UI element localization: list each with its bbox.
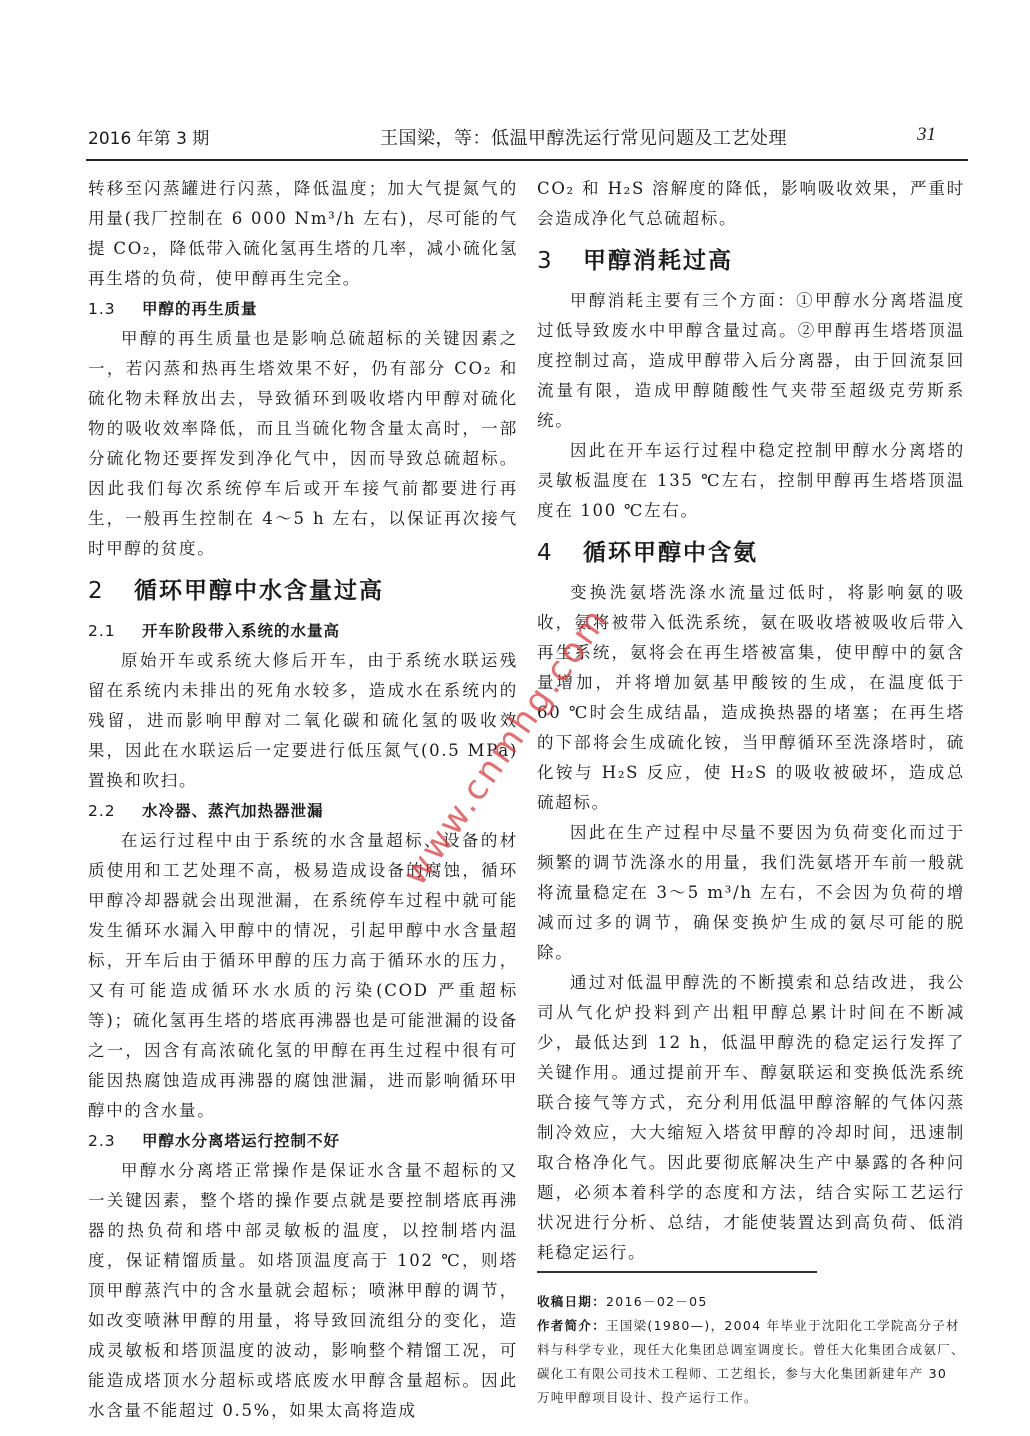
author-bio-label: 作者简介： [537,1318,606,1333]
paragraph: 在运行过程中由于系统的水含量超标、设备的材质使用和工艺处理不高，极易造成设备的腐… [88,826,518,1126]
section-title: 甲醇消耗过高 [583,248,733,274]
section-title: 开车阶段带入系统的水量高 [142,622,340,640]
section-number: 1.3 [88,294,142,324]
paragraph: 甲醇消耗主要有三个方面：①甲醇水分离塔温度过低导致废水中甲醇含量过高。②甲醇再生… [537,286,965,436]
section-number: 2.2 [88,796,142,826]
section-number: 2.1 [88,616,142,646]
paragraph: CO₂ 和 H₂S 溶解度的降低，影响吸收效果，严重时会造成净化气总硫超标。 [537,174,965,234]
header-divider [86,159,968,161]
section-number: 3 [537,244,583,278]
section-title: 甲醇水分离塔运行控制不好 [142,1132,340,1150]
received-date: 收稿日期：2016－02－05 [537,1290,965,1314]
section-number: 4 [537,536,583,570]
paragraph: 甲醇水分离塔正常操作是保证水含量不超标的又一关键因素，整个塔的操作要点就是要控制… [88,1156,518,1426]
section-heading-1-3: 1.3甲醇的再生质量 [88,294,518,324]
section-heading-3: 3甲醇消耗过高 [537,244,965,278]
section-number: 2.3 [88,1126,142,1156]
paragraph: 因此在生产过程中尽量不要因为负荷变化而过于频繁的调节洗涤水的用量，我们洗氨塔开车… [537,818,965,968]
page-number: 31 [917,124,936,146]
section-number: 2 [88,574,134,608]
footnotes: 收稿日期：2016－02－05 作者简介：王国梁(1980—)，2004 年毕业… [537,1290,965,1410]
paragraph: 甲醇的再生质量也是影响总硫超标的关键因素之一，若闪蒸和热再生塔效果不好，仍有部分… [88,324,518,564]
section-title: 循环甲醇中含氨 [583,540,758,566]
paragraph: 转移至闪蒸罐进行闪蒸，降低温度；加大气提氮气的用量(我厂控制在 6 000 Nm… [88,174,518,294]
paragraph: 因此在开车运行过程中稳定控制甲醇水分离塔的灵敏板温度在 135 ℃左右，控制甲醇… [537,436,965,526]
section-heading-2-1: 2.1开车阶段带入系统的水量高 [88,616,518,646]
paragraph: 原始开车或系统大修后开车，由于系统水联运残留在系统内未排出的死角水较多，造成水在… [88,646,518,796]
section-heading-2-3: 2.3甲醇水分离塔运行控制不好 [88,1126,518,1156]
section-title: 甲醇的再生质量 [142,300,258,318]
footnote-divider [537,1271,817,1273]
right-column: CO₂ 和 H₂S 溶解度的降低，影响吸收效果，严重时会造成净化气总硫超标。 3… [537,174,965,1268]
section-title: 循环甲醇中水含量过高 [134,578,384,604]
author-bio: 作者简介：王国梁(1980—)，2004 年毕业于沈阳化工学院高分子材料与科学专… [537,1314,965,1410]
journal-issue: 2016 年第 3 期 [88,124,209,149]
running-header: 2016 年第 3 期 王国梁，等：低温甲醇洗运行常见问题及工艺处理 31 [88,124,936,152]
section-title: 水冷器、蒸汽加热器泄漏 [142,802,324,820]
section-heading-4: 4循环甲醇中含氨 [537,536,965,570]
running-title: 王国梁，等：低温甲醇洗运行常见问题及工艺处理 [380,124,787,150]
received-date-value: 2016－02－05 [606,1294,708,1309]
received-date-label: 收稿日期： [537,1294,606,1309]
paragraph: 通过对低温甲醇洗的不断摸索和总结改进，我公司从气化炉投料到产出粗甲醇总累计时间在… [537,968,965,1268]
section-heading-2: 2循环甲醇中水含量过高 [88,574,518,608]
